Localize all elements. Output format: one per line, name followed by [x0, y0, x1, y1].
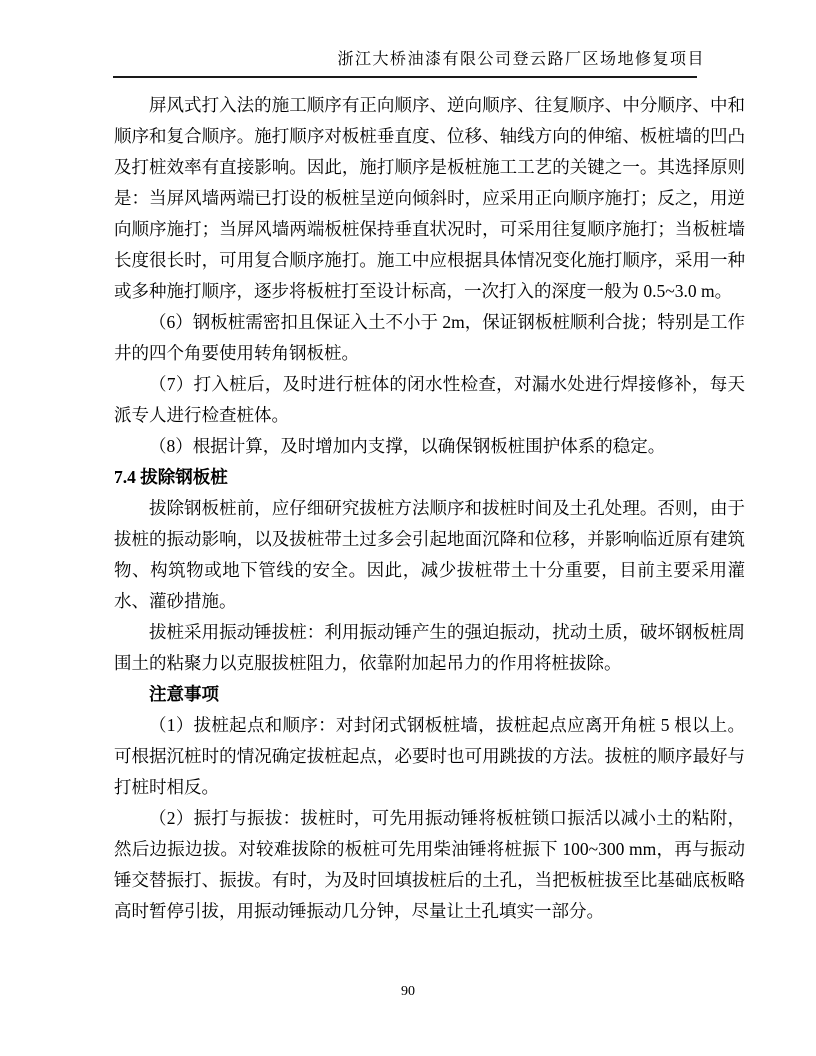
header-title: 浙江大桥油漆有限公司登云路厂区场地修复项目	[113, 46, 705, 69]
document-body: 屏风式打入法的施工顺序有正向顺序、逆向顺序、往复顺序、中分顺序、中和顺序和复合顺…	[114, 90, 745, 927]
page-number: 90	[401, 984, 415, 999]
paragraph-item-7: （7）打入桩后，及时进行桩体的闭水性检查，对漏水处进行焊接修补，每天派专人进行检…	[114, 369, 745, 431]
paragraph-vibro-hammer-method: 拔桩采用振动锤拔桩：利用振动锤产生的强迫振动，扰动土质，破坏钢板桩周围土的粘聚力…	[114, 617, 745, 679]
paragraph-item-8: （8）根据计算，及时增加内支撑，以确保钢板桩围护体系的稳定。	[114, 431, 745, 462]
section-heading-7-4: 7.4 拔除钢板桩	[114, 462, 745, 493]
document-page: 浙江大桥油漆有限公司登云路厂区场地修复项目 屏风式打入法的施工顺序有正向顺序、逆…	[0, 0, 816, 1056]
paragraph-item-6: （6）钢板桩需密扣且保证入土不小于 2m，保证钢板桩顺利合拢；特别是工作井的四个…	[114, 307, 745, 369]
page-footer: 90	[0, 984, 816, 1000]
paragraph-pile-removal-intro: 拔除钢板桩前，应仔细研究拔桩方法顺序和拔桩时间及土孔处理。否则，由于拔桩的振动影…	[114, 493, 745, 617]
subheading-notes: 注意事项	[114, 679, 745, 710]
paragraph-note-2: （2）振打与振拔：拔桩时，可先用振动锤将板桩锁口振活以减小土的粘附，然后边振边拔…	[114, 803, 745, 927]
paragraph-note-1: （1）拔桩起点和顺序：对封闭式钢板桩墙，拔桩起点应离开角桩 5 根以上。可根据沉…	[114, 710, 745, 803]
paragraph-piling-sequence: 屏风式打入法的施工顺序有正向顺序、逆向顺序、往复顺序、中分顺序、中和顺序和复合顺…	[114, 90, 745, 307]
header-rule	[113, 76, 697, 78]
